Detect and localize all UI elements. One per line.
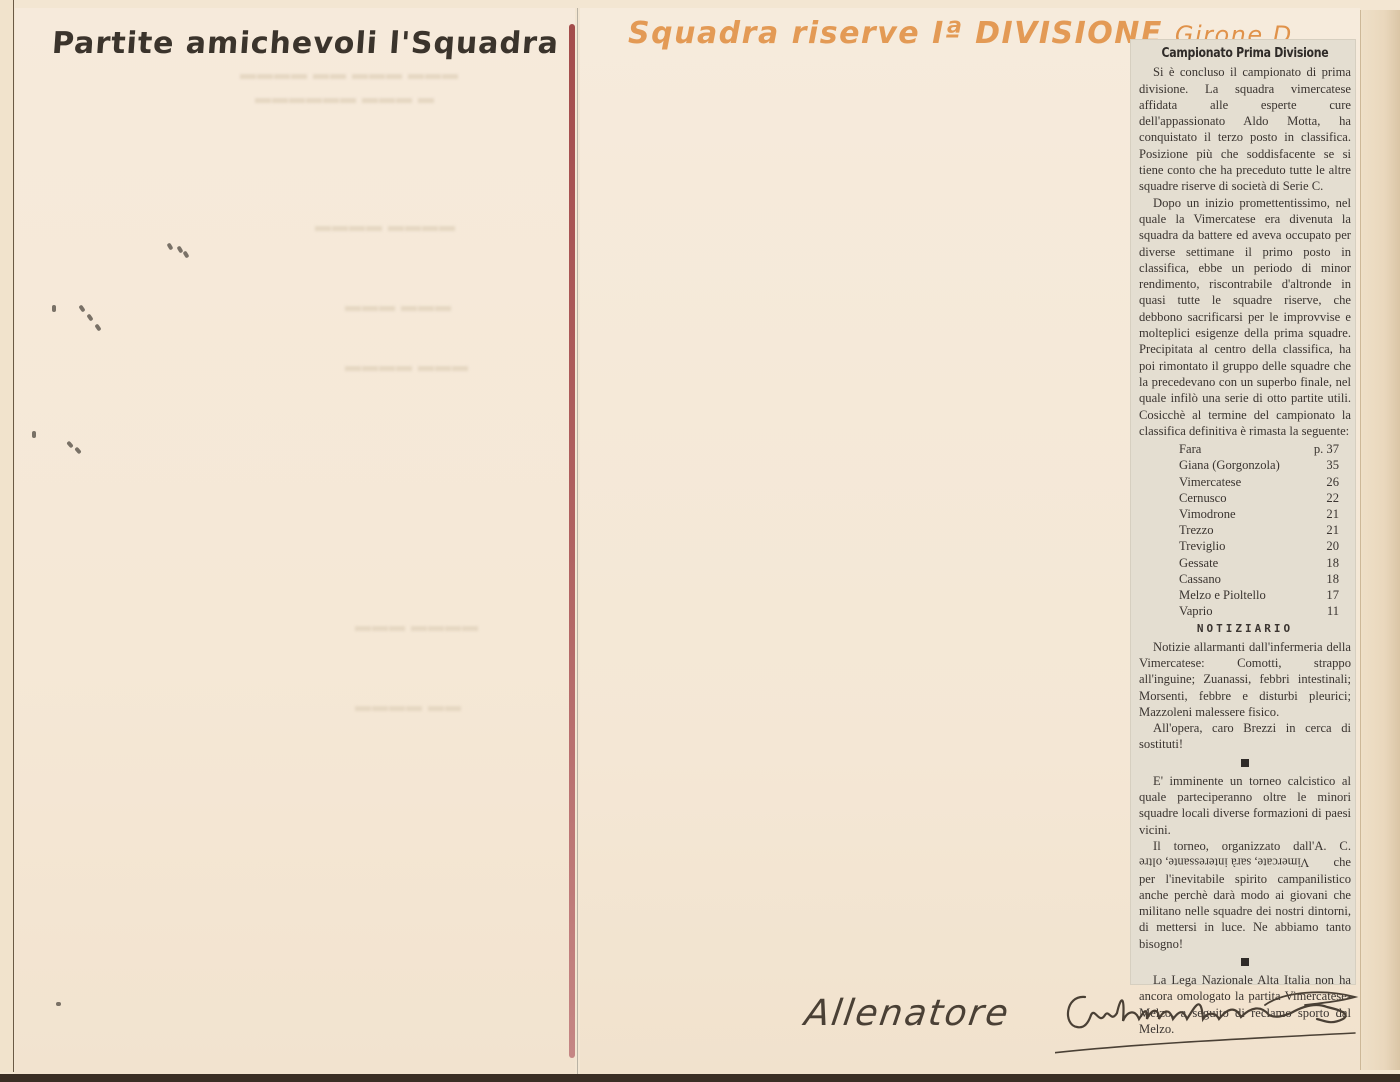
scan-background-bottom: [0, 1074, 1400, 1082]
section-separator-square: [1241, 958, 1249, 966]
team-name: Vimercatese: [1179, 474, 1241, 490]
clipping-paragraph: Si è concluso il campionato di prima div…: [1139, 64, 1351, 194]
bleed-through-text: ▬▬▬▬ ▬▬▬: [345, 358, 469, 376]
standings-row: Trezzo21: [1179, 522, 1339, 538]
team-points: 20: [1309, 538, 1339, 554]
team-points: 11: [1309, 603, 1339, 619]
clipping-text: Il torneo, organizzato dall'A. C.: [1153, 839, 1351, 853]
team-points: 35: [1309, 457, 1339, 473]
standings-row: Cassano18: [1179, 571, 1339, 587]
heading-team-division: Squadra riserve Iª DIVISIONE: [628, 16, 1163, 51]
standings-row: Vaprio11: [1179, 603, 1339, 619]
notiziario-heading: NOTIZIARIO: [1139, 621, 1351, 637]
team-name: Vaprio: [1179, 603, 1213, 619]
clipping-paragraph: All'opera, caro Brezzi in cerca di sosti…: [1139, 720, 1351, 753]
team-points: p. 37: [1309, 441, 1339, 457]
bleed-through-text: ▬▬▬ ▬▬▬: [345, 298, 452, 316]
team-name: Gessate: [1179, 555, 1218, 571]
standings-row: Vimercatese26: [1179, 474, 1339, 490]
team-name: Melzo e Pioltello: [1179, 587, 1266, 603]
bleed-through-text: ▬▬▬▬ ▬▬: [355, 698, 462, 716]
page-edge-right: [1360, 10, 1400, 1070]
team-points: 18: [1309, 571, 1339, 587]
center-fold: [577, 8, 578, 1074]
left-page-heading: Partite amichevoli l'Squadra: [51, 26, 561, 61]
newspaper-clipping: Campionato Prima Divisione Si è concluso…: [1131, 40, 1355, 984]
team-name: Vimodrone: [1179, 506, 1236, 522]
team-points: 21: [1309, 506, 1339, 522]
standings-row: Gessate18: [1179, 555, 1339, 571]
standings-row: Treviglio20: [1179, 538, 1339, 554]
team-name: Trezzo: [1179, 522, 1214, 538]
standings-row: Vimodrone21: [1179, 506, 1339, 522]
team-name: Fara: [1179, 441, 1201, 457]
team-points: 17: [1309, 587, 1339, 603]
clipping-flipped-line: Vimercate, sarà interessante, oltre: [1139, 854, 1323, 870]
standings-row: Cernusco22: [1179, 490, 1339, 506]
clipping-paragraph: Il torneo, organizzato dall'A. C. Vimerc…: [1139, 838, 1351, 952]
standings-table: Farap. 37 Giana (Gorgonzola)35 Vimercate…: [1179, 441, 1339, 619]
team-name: Giana (Gorgonzola): [1179, 457, 1280, 473]
scrapbook-spread: ▬▬▬▬ ▬▬ ▬▬▬ ▬▬▬ ▬▬▬▬▬▬ ▬▬▬ ▬ ▬▬▬▬ ▬▬▬▬ ▬…: [0, 0, 1400, 1082]
signature-label: Allenatore: [802, 993, 1013, 1034]
team-points: 26: [1309, 474, 1339, 490]
red-divider-line: [569, 24, 575, 1058]
bleed-through-text: ▬▬▬▬ ▬▬ ▬▬▬ ▬▬▬: [240, 66, 459, 84]
clipping-title: Campionato Prima Divisione: [1150, 45, 1341, 61]
standings-row: Farap. 37: [1179, 441, 1339, 457]
bleed-through-text: ▬▬▬▬ ▬▬▬▬: [315, 218, 456, 236]
section-separator-square: [1241, 759, 1249, 767]
team-name: Cernusco: [1179, 490, 1227, 506]
handwritten-signature: Aldo Motta: [1055, 985, 1375, 1060]
bleed-through-text: ▬▬▬ ▬▬▬▬: [355, 618, 479, 636]
clipping-paragraph: Notizie allarmanti dall'infermeria della…: [1139, 639, 1351, 720]
page-edge-left: [0, 0, 14, 1072]
clipping-paragraph: Dopo un inizio promettentissimo, nel qua…: [1139, 195, 1351, 439]
ink-speck: [52, 305, 56, 312]
clipping-paragraph: E' imminente un torneo calcistico al qua…: [1139, 773, 1351, 838]
bleed-through-text: ▬▬▬▬▬▬ ▬▬▬ ▬: [255, 90, 435, 108]
team-name: Treviglio: [1179, 538, 1225, 554]
ink-speck: [32, 431, 36, 438]
team-points: 18: [1309, 555, 1339, 571]
standings-row: Melzo e Pioltello17: [1179, 587, 1339, 603]
team-name: Cassano: [1179, 571, 1221, 587]
standings-row: Giana (Gorgonzola)35: [1179, 457, 1339, 473]
ink-speck: [56, 1002, 61, 1006]
team-points: 22: [1309, 490, 1339, 506]
left-page: ▬▬▬▬ ▬▬ ▬▬▬ ▬▬▬ ▬▬▬▬▬▬ ▬▬▬ ▬ ▬▬▬▬ ▬▬▬▬ ▬…: [15, 8, 575, 1074]
team-points: 21: [1309, 522, 1339, 538]
